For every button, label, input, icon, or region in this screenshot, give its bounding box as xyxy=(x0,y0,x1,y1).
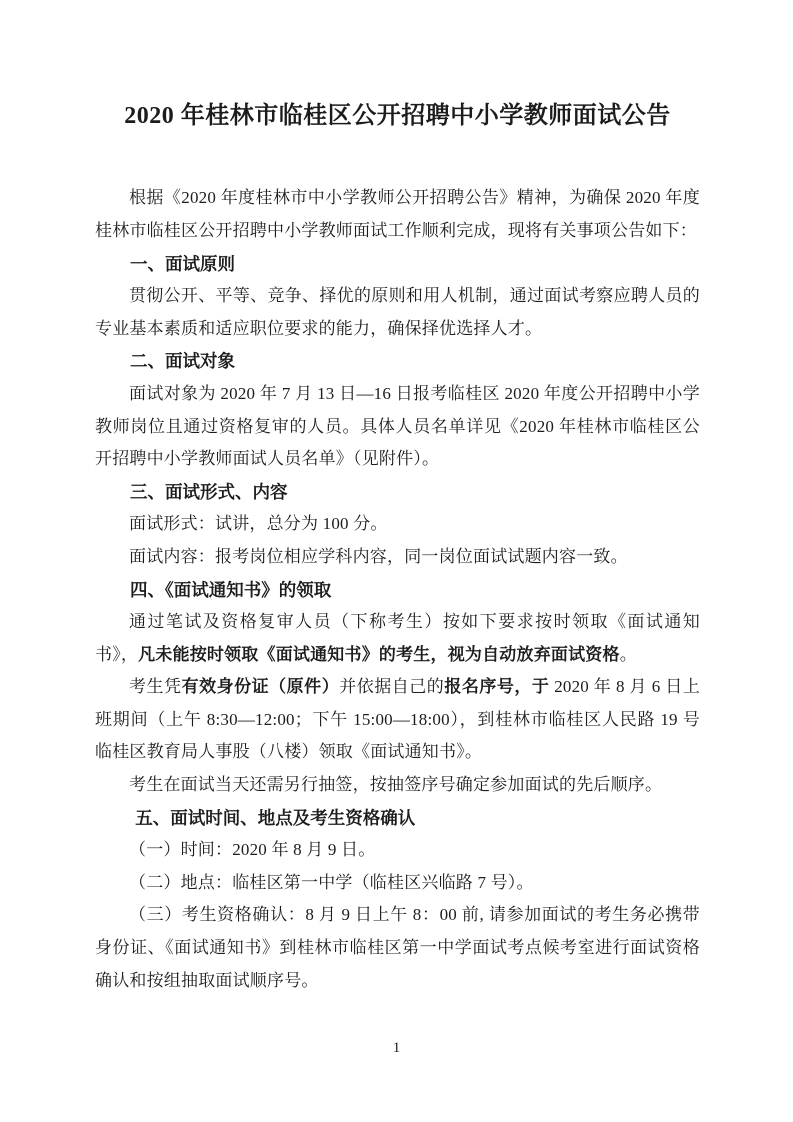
paragraph-time: （一）时间：2020 年 8 月 9 日。 xyxy=(95,834,700,867)
text-run: 并依据自己的 xyxy=(339,677,444,696)
text-run-bold: 有效身份证（原件） xyxy=(182,677,340,696)
paragraph-location: （二）地点：临桂区第一中学（临桂区兴临路 7 号）。 xyxy=(95,867,700,900)
section-heading-5: 五、面试时间、地点及考生资格确认 xyxy=(95,802,700,835)
paragraph-interview-content: 面试内容：报考岗位相应学科内容，同一岗位面试试题内容一致。 xyxy=(95,541,700,574)
paragraph-section1: 贯彻公开、平等、竞争、择优的原则和用人机制，通过面试考察应聘人员的专业基本素质和… xyxy=(95,280,700,345)
section-heading-1: 一、面试原则 xyxy=(95,248,700,281)
paragraph-interview-form: 面试形式：试讲，总分为 100 分。 xyxy=(95,508,700,541)
section-heading-2: 二、面试对象 xyxy=(95,345,700,378)
paragraph-lottery: 考生在面试当天还需另行抽签，按抽签序号确定参加面试的先后顺序。 xyxy=(95,769,700,802)
paragraph-qualification-confirm: （三）考生资格确认：8 月 9 日上午 8：00 前, 请参加面试的考生务必携带… xyxy=(95,899,700,997)
document-title: 2020 年桂林市临桂区公开招聘中小学教师面试公告 xyxy=(95,100,700,132)
paragraph-section2: 面试对象为 2020 年 7 月 13 日—16 日报考临桂区 2020 年度公… xyxy=(95,378,700,476)
text-run-bold: 报名序号，于 xyxy=(444,677,549,696)
text-run-bold: 凡未能按时领取《面试通知书》的考生，视为自动放弃面试资格 xyxy=(138,645,620,664)
document-content: 2020 年桂林市临桂区公开招聘中小学教师面试公告 根据《2020 年度桂林市中… xyxy=(0,100,793,997)
document-page: 2020 年桂林市临桂区公开招聘中小学教师面试公告 根据《2020 年度桂林市中… xyxy=(0,0,793,1122)
paragraph-notice-pickup: 通过笔试及资格复审人员（下称考生）按如下要求按时领取《面试通知书》，凡未能按时领… xyxy=(95,606,700,671)
section-heading-4: 四、《面试通知书》的领取 xyxy=(95,574,700,607)
text-run: 。 xyxy=(620,645,637,664)
page-number: 1 xyxy=(0,1038,793,1058)
paragraph-id-requirement: 考生凭有效身份证（原件）并依据自己的报名序号，于 2020 年 8 月 6 日上… xyxy=(95,671,700,769)
paragraph-intro: 根据《2020 年度桂林市中小学教师公开招聘公告》精神，为确保 2020 年度桂… xyxy=(95,182,700,247)
section-heading-3: 三、面试形式、内容 xyxy=(95,476,700,509)
text-run: 考生凭 xyxy=(129,677,182,696)
